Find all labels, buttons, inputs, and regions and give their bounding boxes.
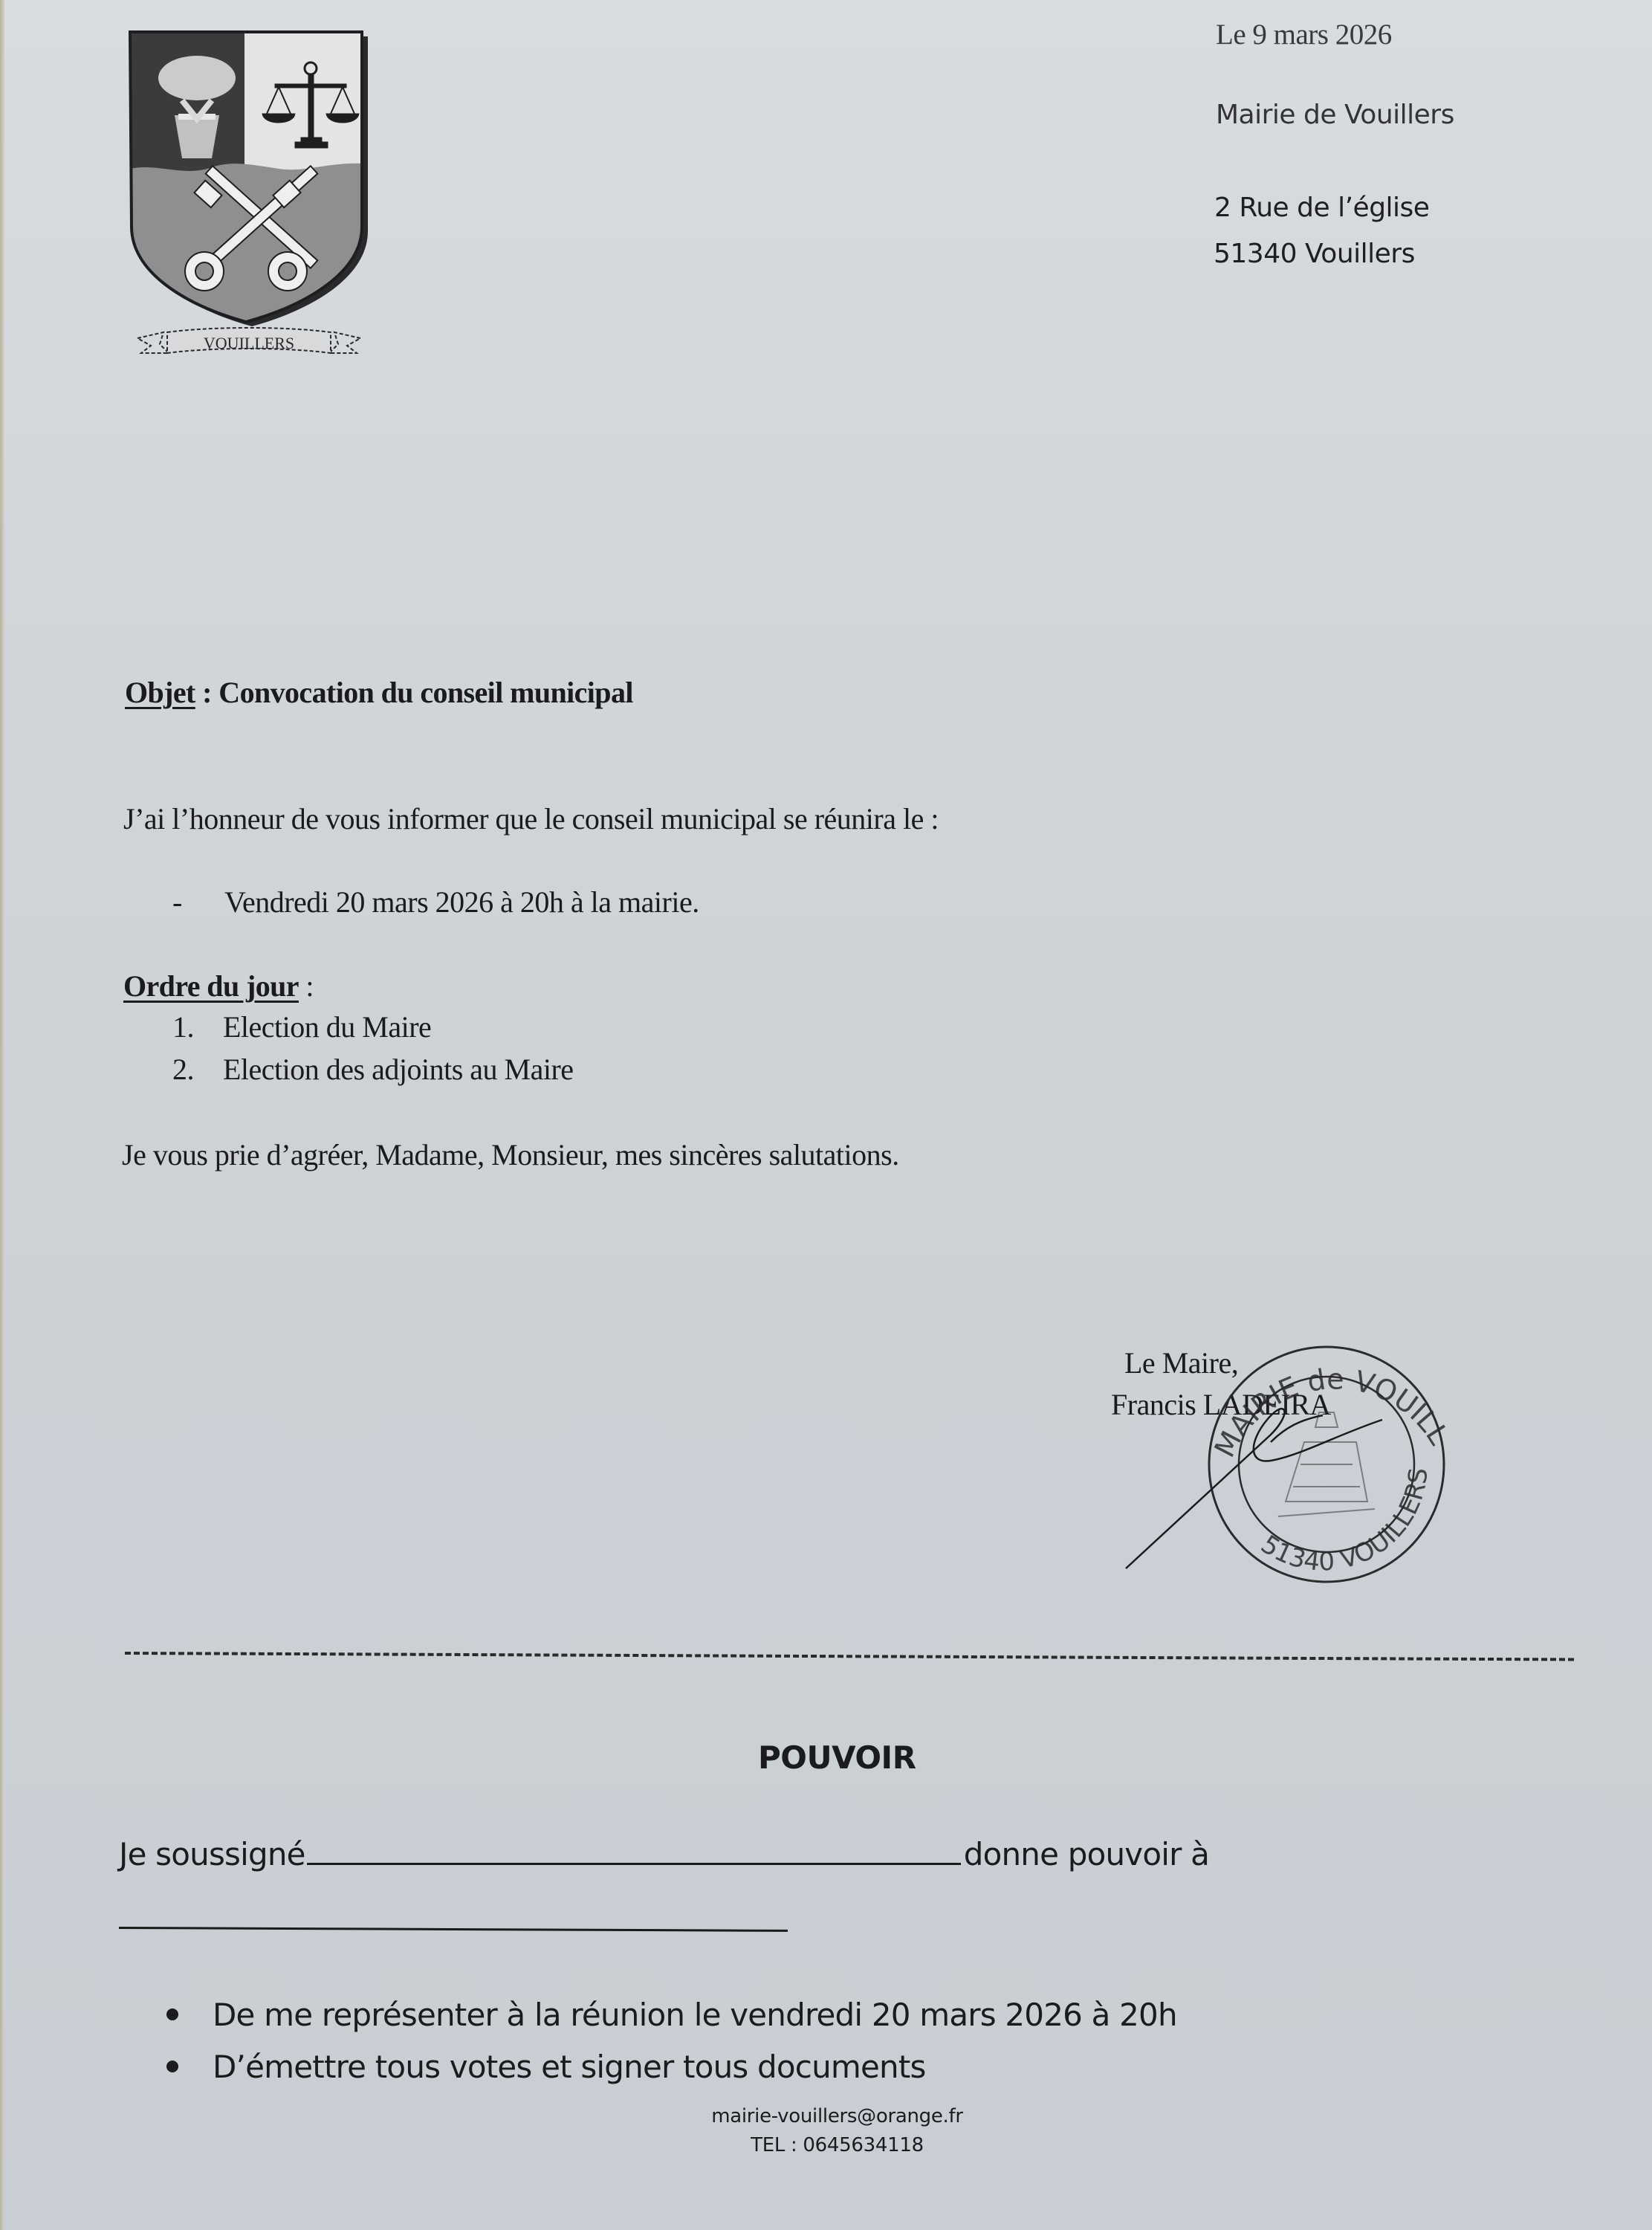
signatory-title: Le Maire, bbox=[1124, 1345, 1238, 1380]
proxy-powers-list: De me représenter à la réunion le vendre… bbox=[166, 1997, 1177, 2101]
cut-line-divider bbox=[125, 1652, 1574, 1661]
signatory-name: Francis LADEIRA bbox=[1111, 1387, 1331, 1422]
proxy-title: POUVOIR bbox=[758, 1739, 916, 1776]
coat-of-arms-icon: VOUILLERS bbox=[123, 26, 375, 361]
handwritten-signature bbox=[1126, 1409, 1382, 1568]
letter-intro: J’ai l’honneur de vous informer que le c… bbox=[123, 801, 939, 836]
proxy-power-item: D’émettre tous votes et signer tous docu… bbox=[166, 2049, 1177, 2101]
dash-bullet: - bbox=[172, 885, 224, 920]
agenda-list: 1.Election du Maire 2.Election des adjoi… bbox=[172, 1009, 574, 1094]
agenda-item: 2.Election des adjoints au Maire bbox=[172, 1052, 574, 1094]
footer-email: mairie-vouillers@orange.fr bbox=[0, 2105, 1652, 2127]
proxy-power-item: De me représenter à la réunion le vendre… bbox=[166, 1997, 1177, 2049]
letter-page: VOUILLERS Le 9 mars 2026 Mairie de Vouil… bbox=[0, 0, 1652, 2230]
proxy-prefix: Je soussigné bbox=[119, 1836, 305, 1872]
footer-phone: TEL : 0645634118 bbox=[0, 2134, 1652, 2156]
marianne-emblem-icon bbox=[1278, 1412, 1375, 1516]
grantor-name-field[interactable] bbox=[307, 1863, 961, 1865]
address-street: 2 Rue de l’église bbox=[1214, 193, 1429, 223]
proxy-holder-name-field[interactable] bbox=[119, 1927, 788, 1932]
subject-text: Convocation du conseil municipal bbox=[218, 676, 633, 709]
proxy-statement: Je soussignédonne pouvoir à bbox=[119, 1836, 1209, 1872]
svg-text:VOUILLERS: VOUILLERS bbox=[204, 334, 294, 352]
agenda-item: 1.Election du Maire bbox=[172, 1009, 574, 1052]
subject-label: Objet bbox=[125, 676, 195, 709]
bullet-icon bbox=[166, 2008, 178, 2020]
sender-header: Le 9 mars 2026 Mairie de Vouillers 2 Rue… bbox=[1216, 18, 1392, 51]
bullet-icon bbox=[166, 2061, 178, 2072]
letter-closing: Je vous prie d’agréer, Madame, Monsieur,… bbox=[122, 1137, 899, 1172]
proxy-suffix: donne pouvoir à bbox=[964, 1836, 1209, 1872]
svg-text:51340 VOUILLERS: 51340 VOUILLERS bbox=[1255, 1467, 1434, 1577]
sender-name: Mairie de Vouillers bbox=[1216, 100, 1454, 130]
letter-subject: Objet : Convocation du conseil municipal bbox=[125, 675, 633, 710]
address-city: 51340 Vouillers bbox=[1214, 239, 1415, 269]
signature-block: Le Maire, Francis LADEIRA MAIRIE de VOUI… bbox=[1100, 1338, 1457, 1591]
meeting-date: -Vendredi 20 mars 2026 à 20h à la mairie… bbox=[172, 885, 699, 920]
agenda-title: Ordre du jour : bbox=[123, 969, 314, 1003]
letter-date: Le 9 mars 2026 bbox=[1216, 18, 1392, 51]
